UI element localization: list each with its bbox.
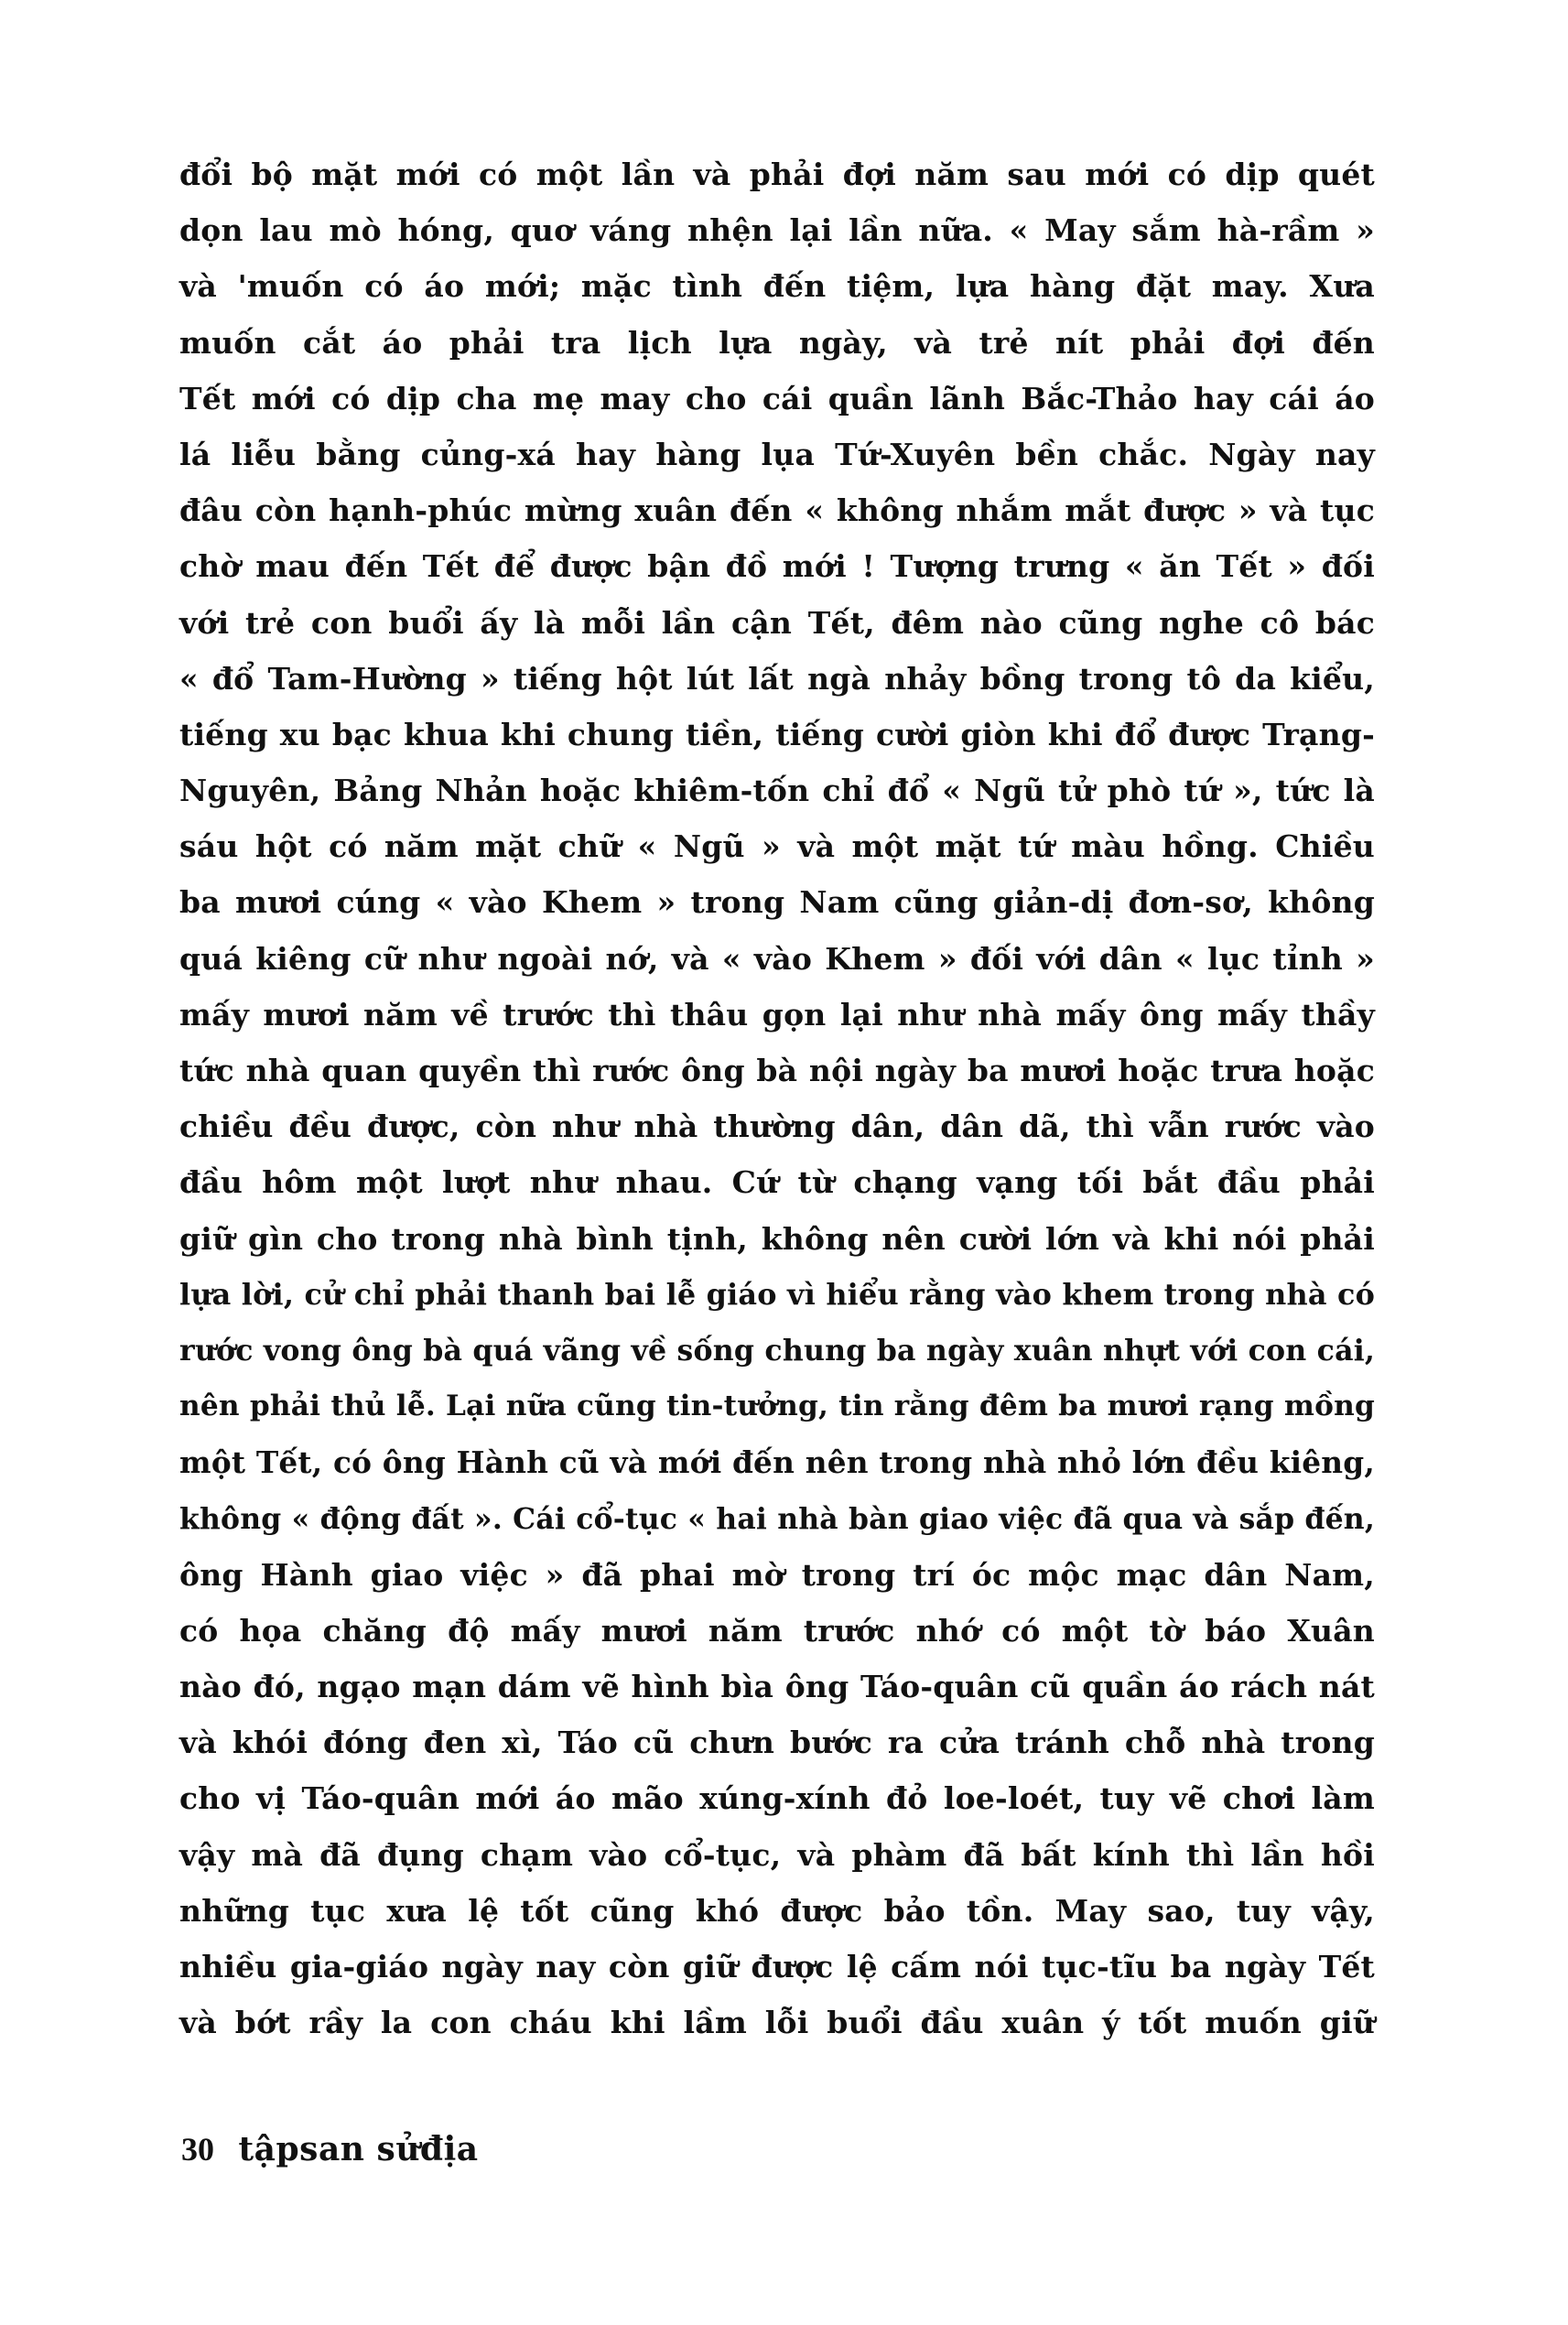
- text-line: và khói đóng đen xì, Táo cũ chưn bước ra…: [179, 1714, 1375, 1770]
- text-line: không « động đất ». Cái cổ-tục « hai nhà…: [179, 1491, 1375, 1547]
- text-line: và bớt rầy la con cháu khi lầm lỗi buổi …: [179, 1995, 1375, 2050]
- text-line: những tục xưa lệ tốt cũng khó được bảo t…: [179, 1883, 1375, 1939]
- text-line: « đổ Tam-Hường » tiếng hột lút lất ngà n…: [179, 651, 1375, 707]
- text-line: vậy mà đã đụng chạm vào cổ-tục, và phàm …: [179, 1827, 1375, 1883]
- text-line: đâu còn hạnh-phúc mừng xuân đến « không …: [179, 482, 1375, 538]
- text-line: nhiều gia-giáo ngày nay còn giữ được lệ …: [179, 1939, 1375, 1995]
- body-text: đổi bộ mặt mới có một lần và phải đợi nă…: [179, 146, 1375, 2050]
- text-line: một Tết, có ông Hành cũ và mới đến nên t…: [179, 1434, 1375, 1490]
- text-line: dọn lau mò hóng, quơ váng nhện lại lần n…: [179, 202, 1375, 258]
- text-line: có họa chăng độ mấy mươi năm trước nhớ c…: [179, 1603, 1375, 1659]
- text-line: và 'muốn có áo mới; mặc tình đến tiệm, l…: [179, 258, 1375, 314]
- text-line: lá liễu bằng củng-xá hay hàng lụa Tứ-Xuy…: [179, 427, 1375, 482]
- text-line: chờ mau đến Tết để được bận đồ mới ! Tượ…: [179, 538, 1375, 594]
- text-line: sáu hột có năm mặt chữ « Ngũ » và một mặ…: [179, 818, 1375, 874]
- text-line: cho vị Táo-quân mới áo mão xúng-xính đỏ …: [179, 1770, 1375, 1826]
- text-line: ba mươi cúng « vào Khem » trong Nam cũng…: [179, 874, 1375, 930]
- text-line: chiều đều được, còn như nhà thường dân, …: [179, 1098, 1375, 1154]
- text-line: Nguyên, Bảng Nhản hoặc khiêm-tốn chỉ đổ …: [179, 762, 1375, 818]
- text-line: tức nhà quan quyền thì rước ông bà nội n…: [179, 1043, 1375, 1098]
- text-line: ông Hành giao việc » đã phai mờ trong tr…: [179, 1547, 1375, 1603]
- text-line: với trẻ con buổi ấy là mỗi lần cận Tết, …: [179, 595, 1375, 651]
- text-line: tiếng xu bạc khua khi chung tiền, tiếng …: [179, 707, 1375, 762]
- text-line: Tết mới có dịp cha mẹ may cho cái quần l…: [179, 371, 1375, 427]
- text-line: rước vong ông bà quá vãng về sống chung …: [179, 1323, 1375, 1379]
- text-line: giữ gìn cho trong nhà bình tịnh, không n…: [179, 1211, 1375, 1267]
- text-line: quá kiêng cữ như ngoài nớ, và « vào Khem…: [179, 931, 1375, 987]
- page-number: 30: [181, 2131, 214, 2168]
- text-line: muốn cắt áo phải tra lịch lựa ngày, và t…: [179, 315, 1375, 371]
- scanned-page: đổi bộ mặt mới có một lần và phải đợi nă…: [0, 0, 1568, 2325]
- text-line: lựa lời, cử chỉ phải thanh bai lễ giáo v…: [179, 1267, 1375, 1323]
- page-footer: 30 tậpsan sửđịa: [181, 2122, 479, 2177]
- text-line: nên phải thủ lễ. Lại nữa cũng tin-tưởng,…: [179, 1379, 1375, 1434]
- text-line: nào đó, ngạo mạn dám vẽ hình bìa ông Táo…: [179, 1659, 1375, 1714]
- text-line: đổi bộ mặt mới có một lần và phải đợi nă…: [179, 146, 1375, 202]
- text-line: mấy mươi năm về trước thì thâu gọn lại n…: [179, 987, 1375, 1043]
- journal-name: tậpsan sửđịa: [239, 2130, 479, 2168]
- text-line: đầu hôm một lượt như nhau. Cứ từ chạng v…: [179, 1154, 1375, 1210]
